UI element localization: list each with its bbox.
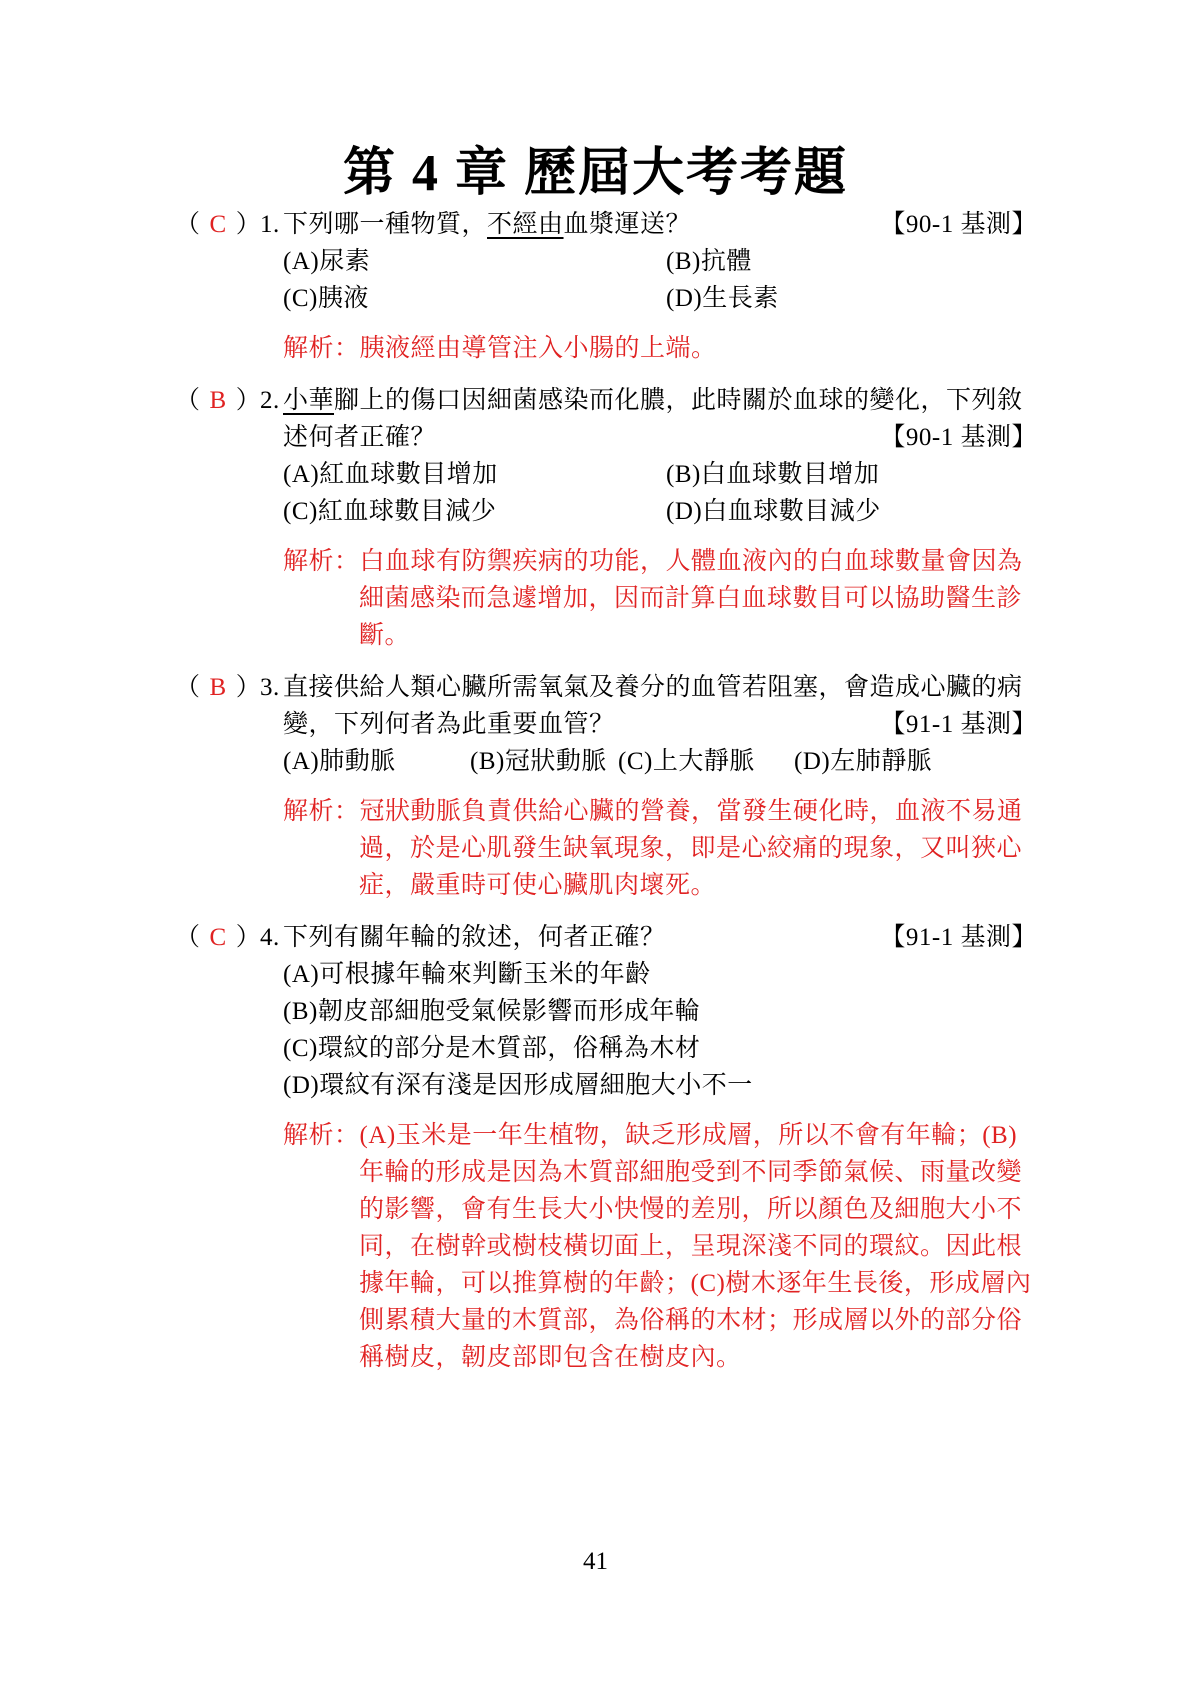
option-a: (A)可根據年輪來判斷玉米的年齡 (283, 956, 1037, 993)
question-body: 小華腳上的傷口因細菌感染而化膿，此時關於血球的變化，下列敘述何者正確？【90-1… (283, 382, 1037, 669)
question-stem: 下列哪一種物質，不經由血漿運送？【90-1 基測】 (283, 206, 1037, 243)
question-body: 下列有關年輪的敘述，何者正確？【91-1 基測】 (A)可根據年輪來判斷玉米的年… (283, 919, 1037, 1391)
option-c: (C)環紋的部分是木質部，俗稱為木材 (283, 1030, 1037, 1067)
analysis-label: 解析： (283, 1122, 360, 1149)
paren-open: （ (175, 924, 201, 951)
exam-source-tag: 【90-1 基測】 (880, 419, 1037, 456)
question-3: （B） 3. 直接供給人類心臟所需氧氣及養分的血管若阻塞，會造成心臟的病變，下列… (175, 669, 1037, 919)
page-number: 41 (0, 1548, 1191, 1576)
stem-underlined-text: 小華 (283, 387, 334, 414)
question-body: 直接供給人類心臟所需氧氣及養分的血管若阻塞，會造成心臟的病變，下列何者為此重要血… (283, 669, 1037, 919)
analysis: 解析：胰液經由導管注入小腸的上端。 (283, 330, 1037, 367)
paren-close: ） (236, 387, 262, 414)
option-a: (A)尿素 (283, 243, 666, 280)
answer-bracket: （B） (175, 669, 260, 706)
options: (A)紅血球數目增加 (B)白血球數目增加 (C)紅血球數目減少 (D)白血球數… (283, 456, 1037, 530)
answer-letter: C (210, 924, 227, 951)
option-c: (C)紅血球數目減少 (283, 493, 666, 530)
options: (A)可根據年輪來判斷玉米的年齡 (B)韌皮部細胞受氣候影響而形成年輪 (C)環… (283, 956, 1037, 1104)
exam-source-tag: 【90-1 基測】 (880, 206, 1037, 243)
analysis-text: 白血球有防禦疾病的功能，人體血液內的白血球數量會因為細菌感染而急遽增加，因而計算… (359, 548, 1023, 649)
exam-source-tag: 【91-1 基測】 (880, 919, 1037, 956)
paren-close: ） (236, 211, 262, 238)
analysis: 解析：(A)玉米是一年生植物，缺乏形成層，所以不會有年輪；(B)年輪的形成是因為… (283, 1117, 1037, 1376)
paren-open: （ (175, 211, 201, 238)
answer-bracket: （B） (175, 382, 260, 419)
stem-underlined-text: 不經由 (487, 211, 564, 238)
option-b: (B)白血球數目增加 (666, 456, 1037, 493)
option-d: (D)生長素 (666, 280, 1037, 317)
options: (A)尿素 (B)抗體 (C)胰液 (D)生長素 (283, 243, 1037, 317)
document-page: 第 4 章 歷屆大考考題 （C） 1. 下列哪一種物質，不經由血漿運送？【90-… (0, 0, 1191, 1684)
option-c: (C)胰液 (283, 280, 666, 317)
paren-open: （ (175, 674, 201, 701)
paren-close: ） (236, 674, 262, 701)
option-b: (B)韌皮部細胞受氣候影響而形成年輪 (283, 993, 1037, 1030)
question-number: 4. (260, 919, 283, 956)
stem-text: 下列哪一種物質， (283, 211, 487, 238)
question-4: （C） 4. 下列有關年輪的敘述，何者正確？【91-1 基測】 (A)可根據年輪… (175, 919, 1037, 1391)
page-content: （C） 1. 下列哪一種物質，不經由血漿運送？【90-1 基測】 (A)尿素 (… (175, 206, 1037, 1391)
question-2: （B） 2. 小華腳上的傷口因細菌感染而化膿，此時關於血球的變化，下列敘述何者正… (175, 382, 1037, 669)
option-c: (C)上大靜脈 (618, 743, 794, 780)
option-d: (D)左肺靜脈 (794, 743, 1037, 780)
options: (A)肺動脈 (B)冠狀動脈 (C)上大靜脈 (D)左肺靜脈 (283, 743, 1037, 780)
option-d: (D)白血球數目減少 (666, 493, 1037, 530)
chapter-title: 第 4 章 歷屆大考考題 (0, 130, 1191, 205)
analysis-label: 解析： (283, 798, 360, 825)
analysis-text: 冠狀動脈負責供給心臟的營養，當發生硬化時，血液不易通過，於是心肌發生缺氧現象，即… (359, 798, 1023, 899)
stem-text: 下列有關年輪的敘述，何者正確？ (283, 924, 666, 951)
question-stem: 小華腳上的傷口因細菌感染而化膿，此時關於血球的變化，下列敘述何者正確？【90-1… (283, 382, 1037, 456)
option-d: (D)環紋有深有淺是因形成層細胞大小不一 (283, 1067, 1037, 1104)
question-number: 2. (260, 382, 283, 419)
question-number: 3. (260, 669, 283, 706)
question-1: （C） 1. 下列哪一種物質，不經由血漿運送？【90-1 基測】 (A)尿素 (… (175, 206, 1037, 382)
option-a: (A)紅血球數目增加 (283, 456, 666, 493)
question-body: 下列哪一種物質，不經由血漿運送？【90-1 基測】 (A)尿素 (B)抗體 (C… (283, 206, 1037, 382)
analysis-text: 胰液經由導管注入小腸的上端。 (360, 335, 717, 362)
option-b: (B)抗體 (666, 243, 1037, 280)
question-stem: 下列有關年輪的敘述，何者正確？【91-1 基測】 (283, 919, 1037, 956)
analysis: 解析：冠狀動脈負責供給心臟的營養，當發生硬化時，血液不易通過，於是心肌發生缺氧現… (283, 793, 1037, 904)
paren-open: （ (175, 387, 201, 414)
answer-letter: B (210, 387, 227, 414)
analysis-label: 解析： (283, 548, 360, 575)
option-a: (A)肺動脈 (283, 743, 470, 780)
analysis-label: 解析： (283, 335, 360, 362)
question-number: 1. (260, 206, 283, 243)
answer-bracket: （C） (175, 206, 260, 243)
answer-letter: B (210, 674, 227, 701)
analysis: 解析：白血球有防禦疾病的功能，人體血液內的白血球數量會因為細菌感染而急遽增加，因… (283, 543, 1037, 654)
analysis-text: (A)玉米是一年生植物，缺乏形成層，所以不會有年輪；(B)年輪的形成是因為木質部… (359, 1122, 1031, 1371)
exam-source-tag: 【91-1 基測】 (880, 706, 1037, 743)
paren-close: ） (236, 924, 262, 951)
option-b: (B)冠狀動脈 (470, 743, 618, 780)
question-stem: 直接供給人類心臟所需氧氣及養分的血管若阻塞，會造成心臟的病變，下列何者為此重要血… (283, 669, 1037, 743)
answer-letter: C (210, 211, 227, 238)
stem-text: 血漿運送？ (564, 211, 692, 238)
answer-bracket: （C） (175, 919, 260, 956)
